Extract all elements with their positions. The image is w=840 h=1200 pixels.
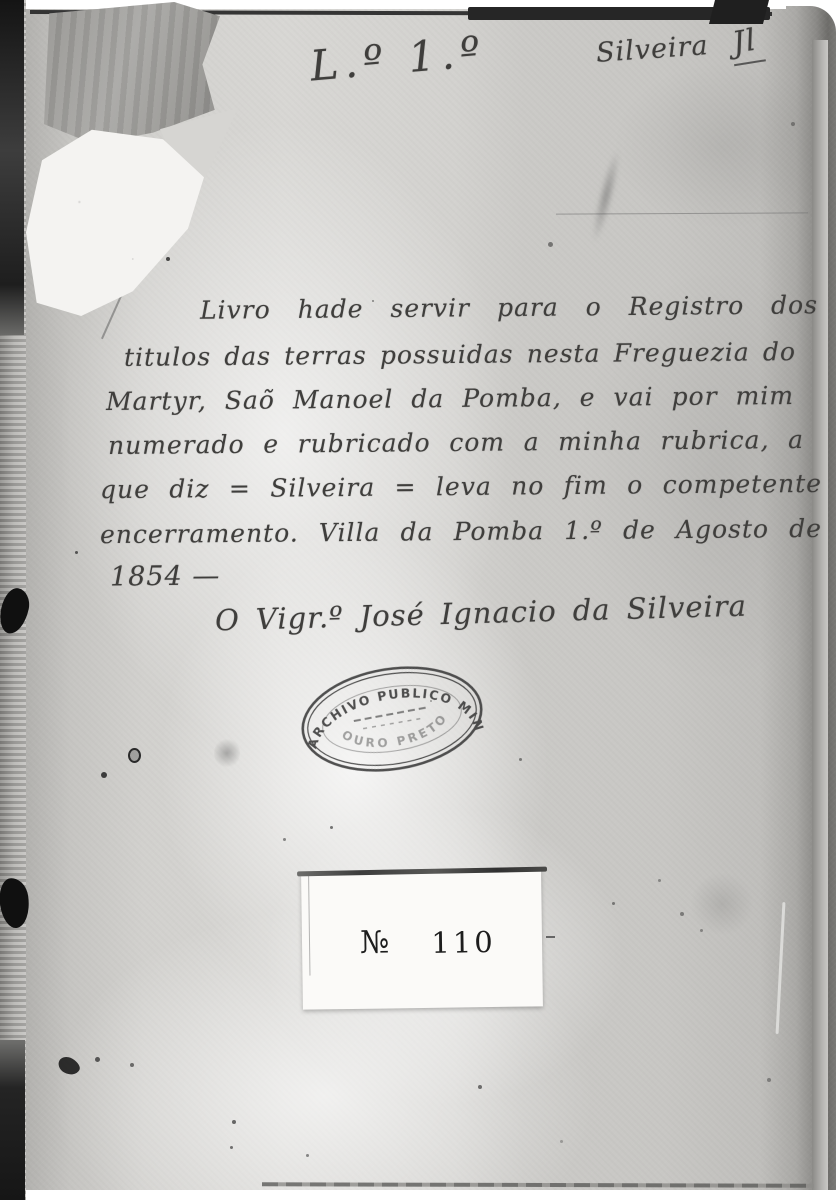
ink-speck (95, 1057, 100, 1062)
numero-sign: № (360, 924, 390, 960)
paper-stain (690, 872, 754, 936)
binding-shadow-top (0, 0, 24, 335)
manuscript-line-4: numerado e rubricado com a minha rubrica… (108, 425, 804, 460)
svg-text:OURO PRETO: OURO PRETO (337, 709, 454, 758)
ink-speck (230, 1146, 233, 1149)
ink-speck (478, 1085, 482, 1089)
stamp-bottom-text: OURO PRETO (337, 709, 454, 758)
manuscript-line-2: titulos das terras possuidas nesta Fregu… (124, 337, 796, 372)
ink-speck (680, 912, 684, 916)
ink-ring-dot (128, 748, 141, 763)
label-number-row: № 110 (360, 923, 496, 961)
ink-speck (548, 242, 553, 247)
rubric-flourish: Jl (728, 22, 765, 66)
ink-speck (130, 1063, 134, 1067)
page-edge-right (812, 40, 828, 1190)
ink-speck (166, 257, 170, 261)
scan-background-bottom (26, 1190, 840, 1200)
ink-speck (372, 300, 374, 302)
ink-speck (700, 929, 703, 932)
stamp-dashes (363, 718, 424, 729)
ink-speck (101, 772, 107, 778)
manuscript-line-7: 1854 — (110, 561, 221, 593)
manuscript-line-1: Livro hade servir para o Registro dos (200, 290, 818, 324)
ink-speck (791, 122, 795, 126)
ink-speck (306, 1154, 309, 1157)
ink-speck (560, 1140, 563, 1143)
pen-mark (546, 936, 555, 938)
ink-speck (75, 551, 78, 554)
paper-stain (214, 738, 240, 768)
ink-speck (232, 1120, 236, 1124)
ink-speck (658, 879, 661, 882)
ink-speck (519, 758, 522, 761)
ink-speck (612, 902, 615, 905)
manuscript-line-3: Martyr, Saõ Manoel da Pomba, e vai por m… (106, 381, 794, 416)
ink-speck (330, 826, 333, 829)
top-right-corner-shadow (709, 0, 769, 24)
binding-shadow-bottom (0, 1040, 25, 1200)
ink-speck (430, 700, 432, 702)
ink-speck (283, 838, 286, 841)
label-number-value: 110 (431, 923, 496, 960)
label-fold-line (308, 876, 310, 976)
number-label: № 110 (301, 870, 543, 1009)
document-scan: L.º 1.º Silveira Jl Livro hade servir pa… (0, 0, 840, 1200)
ink-speck (767, 1078, 771, 1082)
